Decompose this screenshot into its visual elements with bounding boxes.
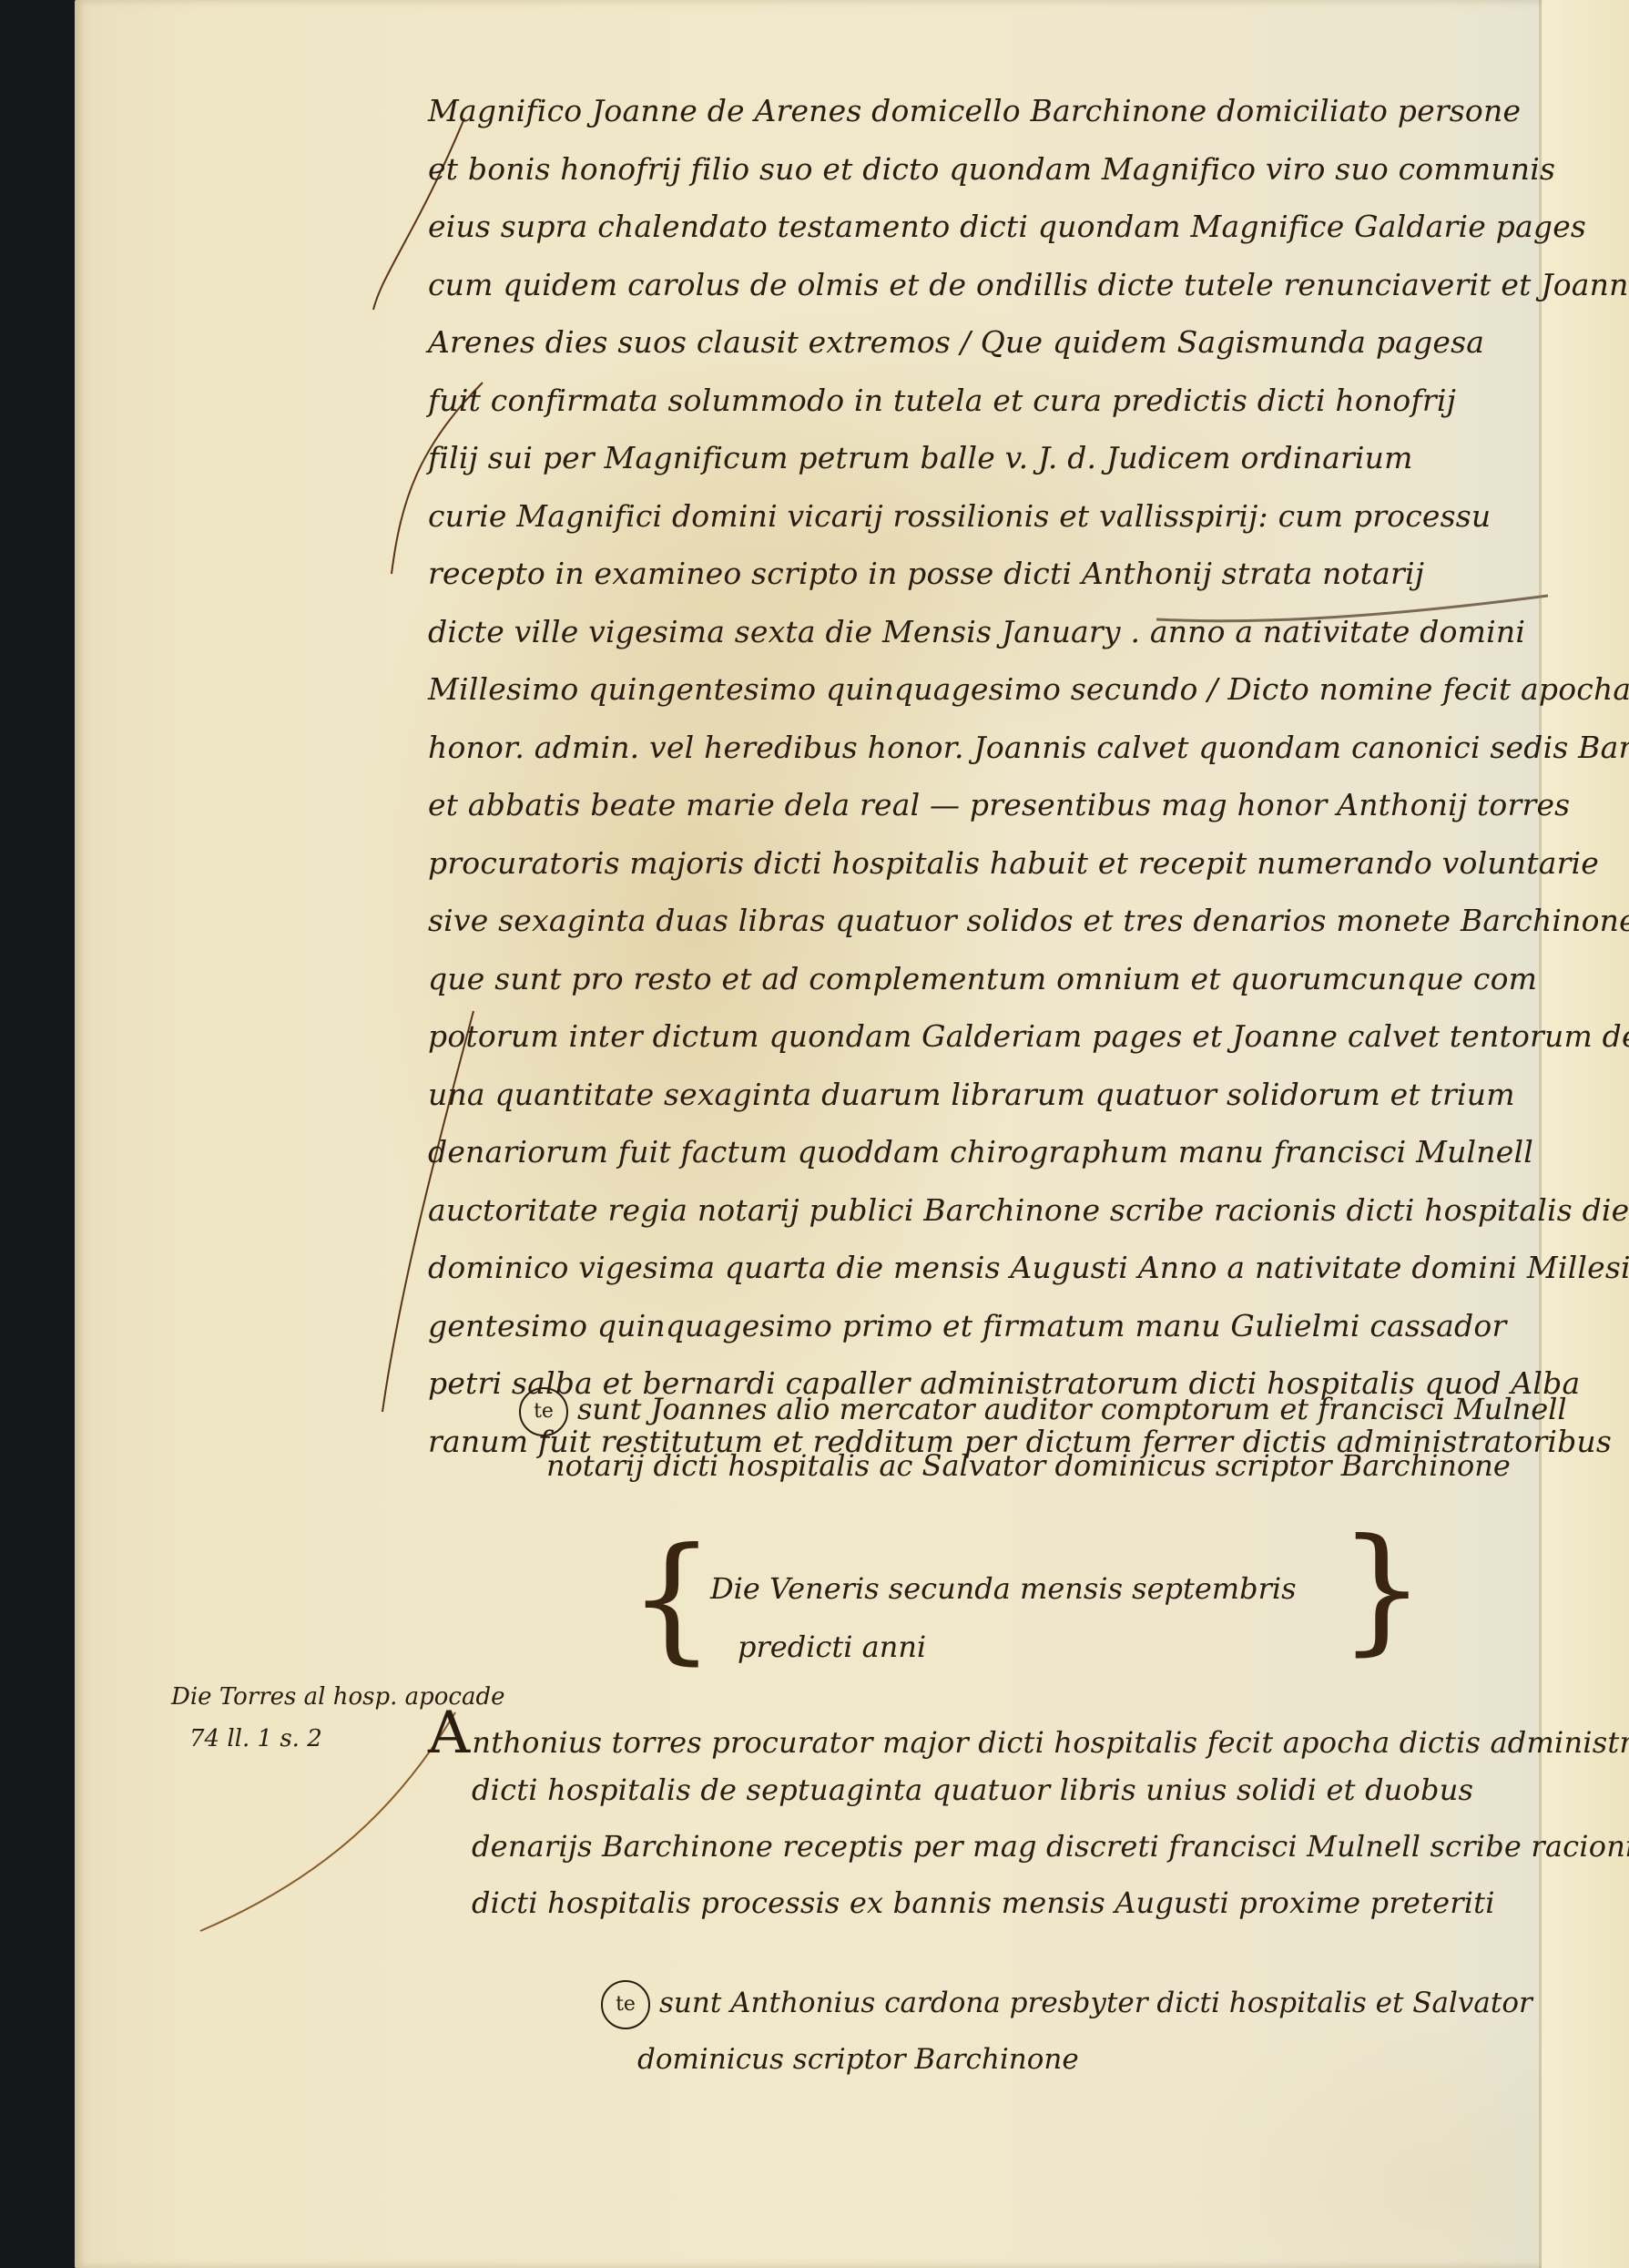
circled-te-marker: te — [519, 1387, 568, 1436]
text-line: et abbatis beate marie dela real — prese… — [428, 776, 1548, 834]
text-line: potorum inter dictum quondam Galderiam p… — [428, 1007, 1548, 1066]
text-line: curie Magnifici domini vicarij rossilion… — [428, 487, 1548, 546]
text-line: cum quidem carolus de olmis et de ondill… — [428, 256, 1548, 314]
right-brace-icon: } — [1339, 1521, 1425, 1658]
text-line: denarijs Barchinone receptis per mag dis… — [428, 1818, 1566, 1875]
text-line: dicti hospitalis de septuaginta quatuor … — [428, 1762, 1566, 1818]
witness-line: tesunt Joannes alio mercator auditor com… — [519, 1381, 1566, 1437]
text-line: que sunt pro resto et ad complementum om… — [428, 950, 1548, 1008]
text-line: auctoritate regia notarij publici Barchi… — [428, 1181, 1548, 1240]
text-line: Anthonius torres procurator major dicti … — [428, 1705, 1566, 1762]
text-line: dicti hospitalis processis ex bannis men… — [428, 1875, 1566, 1931]
date-heading: Die Veneris secunda mensis septembris pr… — [710, 1559, 1297, 1676]
text-line: Arenes dies suos clausit extremos / Que … — [428, 313, 1548, 372]
text-line: dicte ville vigesima sexta die Mensis Ja… — [428, 603, 1548, 661]
text-line: et bonis honofrij filio suo et dicto quo… — [428, 140, 1548, 199]
main-entry: Magnifico Joanne de Arenes domicello Bar… — [428, 82, 1548, 1470]
second-entry: Anthonius torres procurator major dicti … — [428, 1705, 1566, 1931]
text-line: Magnifico Joanne de Arenes domicello Bar… — [428, 82, 1548, 140]
left-brace-icon: { — [628, 1530, 715, 1667]
text-line: dominico vigesima quarta die mensis Augu… — [428, 1239, 1548, 1297]
decorated-initial: A — [428, 1700, 470, 1767]
text-line: sive sexaginta duas libras quatuor solid… — [428, 892, 1548, 950]
text-line: procuratoris majoris dicti hospitalis ha… — [428, 834, 1548, 893]
manuscript-scan: Magnifico Joanne de Arenes domicello Bar… — [0, 0, 1629, 2268]
text-line-body: nthonius torres procurator major dicti h… — [472, 1725, 1629, 1760]
text-line: gentesimo quinquagesimo primo et firmatu… — [428, 1297, 1548, 1355]
text-line: filij sui per Magnificum petrum balle v.… — [428, 429, 1548, 487]
text-line: recepto in examineo scripto in posse dic… — [428, 545, 1548, 603]
date-line: predicti anni — [710, 1618, 1297, 1676]
text-line: eius supra chalendato testamento dicti q… — [428, 198, 1548, 256]
witness-note-1: tesunt Joannes alio mercator auditor com… — [519, 1381, 1566, 1494]
witness-line: notarij dicti hospitalis ac Salvator dom… — [519, 1437, 1566, 1494]
text-line: denariorum fuit factum quoddam chirograp… — [428, 1123, 1548, 1181]
text-line: una quantitate sexaginta duarum librarum… — [428, 1066, 1548, 1124]
witness-line: dominicus scriptor Barchinone — [601, 2031, 1603, 2088]
circled-te-marker: te — [601, 1980, 650, 2029]
witness-note-2: tesunt Anthonius cardona presbyter dicti… — [601, 1975, 1603, 2088]
text-line: Millesimo quingentesimo quinquagesimo se… — [428, 660, 1548, 719]
witness-text: sunt Anthonius cardona presbyter dicti h… — [659, 1987, 1532, 2019]
text-line: fuit confirmata solummodo in tutela et c… — [428, 372, 1548, 430]
witness-line: tesunt Anthonius cardona presbyter dicti… — [601, 1975, 1603, 2031]
witness-text: sunt Joannes alio mercator auditor compt… — [577, 1392, 1567, 1426]
text-line: honor. admin. vel heredibus honor. Joann… — [428, 719, 1548, 777]
date-line: Die Veneris secunda mensis septembris — [710, 1559, 1297, 1618]
